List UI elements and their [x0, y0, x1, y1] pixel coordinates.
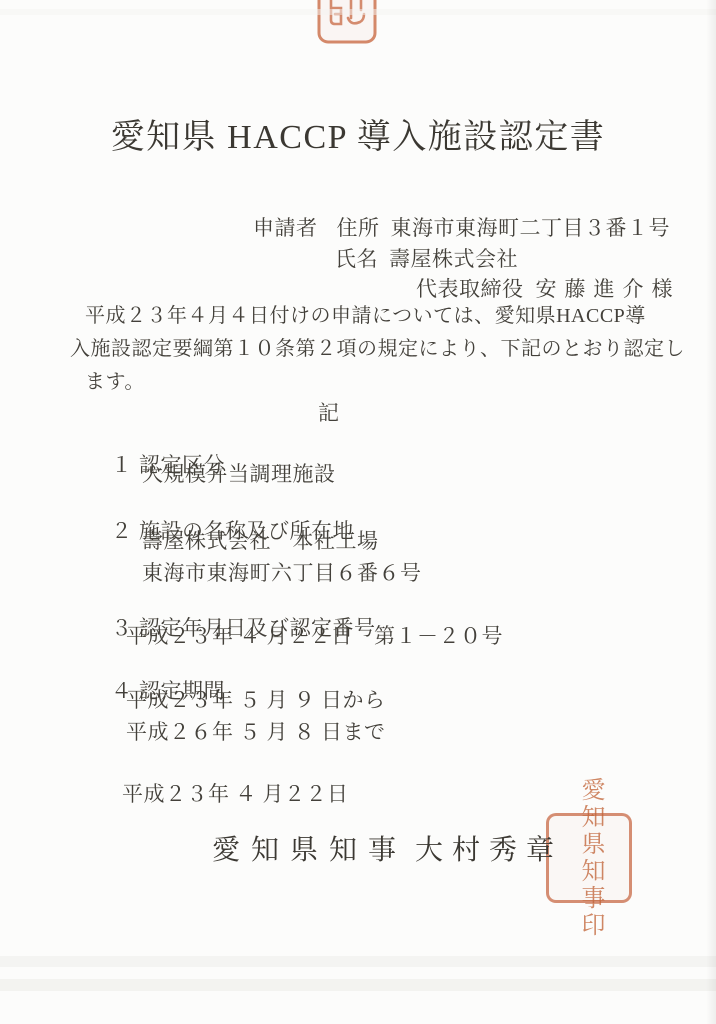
representative-title: 代表取締役: [416, 277, 524, 301]
partial-red-stamp-icon: [315, 0, 379, 48]
scan-edge-right: [706, 0, 716, 1024]
governor-name: 大村秀章: [415, 835, 563, 867]
issue-date: 平成２３年 ４ 月２２日: [122, 782, 349, 806]
item-4-line-1: 平成２３年 ５ 月 ９ 日から: [126, 688, 386, 712]
scan-band-top: [0, 9, 716, 15]
representative-name: 安藤進介様: [536, 277, 681, 301]
item-4-line-2: 平成２６年 ５ 月 ８ 日まで: [126, 720, 386, 744]
item-2-line-1: 壽屋株式会社 本社工場: [142, 529, 379, 553]
applicant-name-label: 氏名: [335, 247, 378, 271]
scan-band-bottom-1: [0, 956, 716, 967]
seal-column-left: 知事印: [576, 858, 602, 939]
scan-band-bottom-2: [0, 979, 716, 991]
applicant-label: 申請者: [253, 216, 318, 240]
item-2-line-2: 東海市東海町六丁目６番６号: [142, 561, 422, 585]
item-2-number: ２: [111, 519, 139, 543]
governor-title: 愛知県知事: [212, 835, 407, 867]
item-1-number: １: [111, 453, 139, 477]
certificate-page: 愛知県 HACCP 導入施設認定書 申請者住所東海市東海町二丁目３番１号 氏名壽…: [0, 0, 716, 1024]
item-1-line-1: 大規模弁当調理施設: [142, 462, 336, 486]
item-3-line-1: 平成２３年 ４ 月２２日 第１－２０号: [126, 624, 503, 648]
body-line-2: 入施設認定要綱第１０条第２項の規定により、下記のとおり認定し: [70, 338, 685, 361]
seal-column-right: 愛知県: [576, 777, 602, 858]
body-line-3: ます。: [85, 371, 145, 394]
body-line-1: 平成２３年４月４日付けの申請については、愛知県HACCP導: [85, 305, 646, 328]
document-title: 愛知県 HACCP 導入施設認定書: [0, 118, 716, 157]
record-heading: 記: [318, 401, 340, 425]
